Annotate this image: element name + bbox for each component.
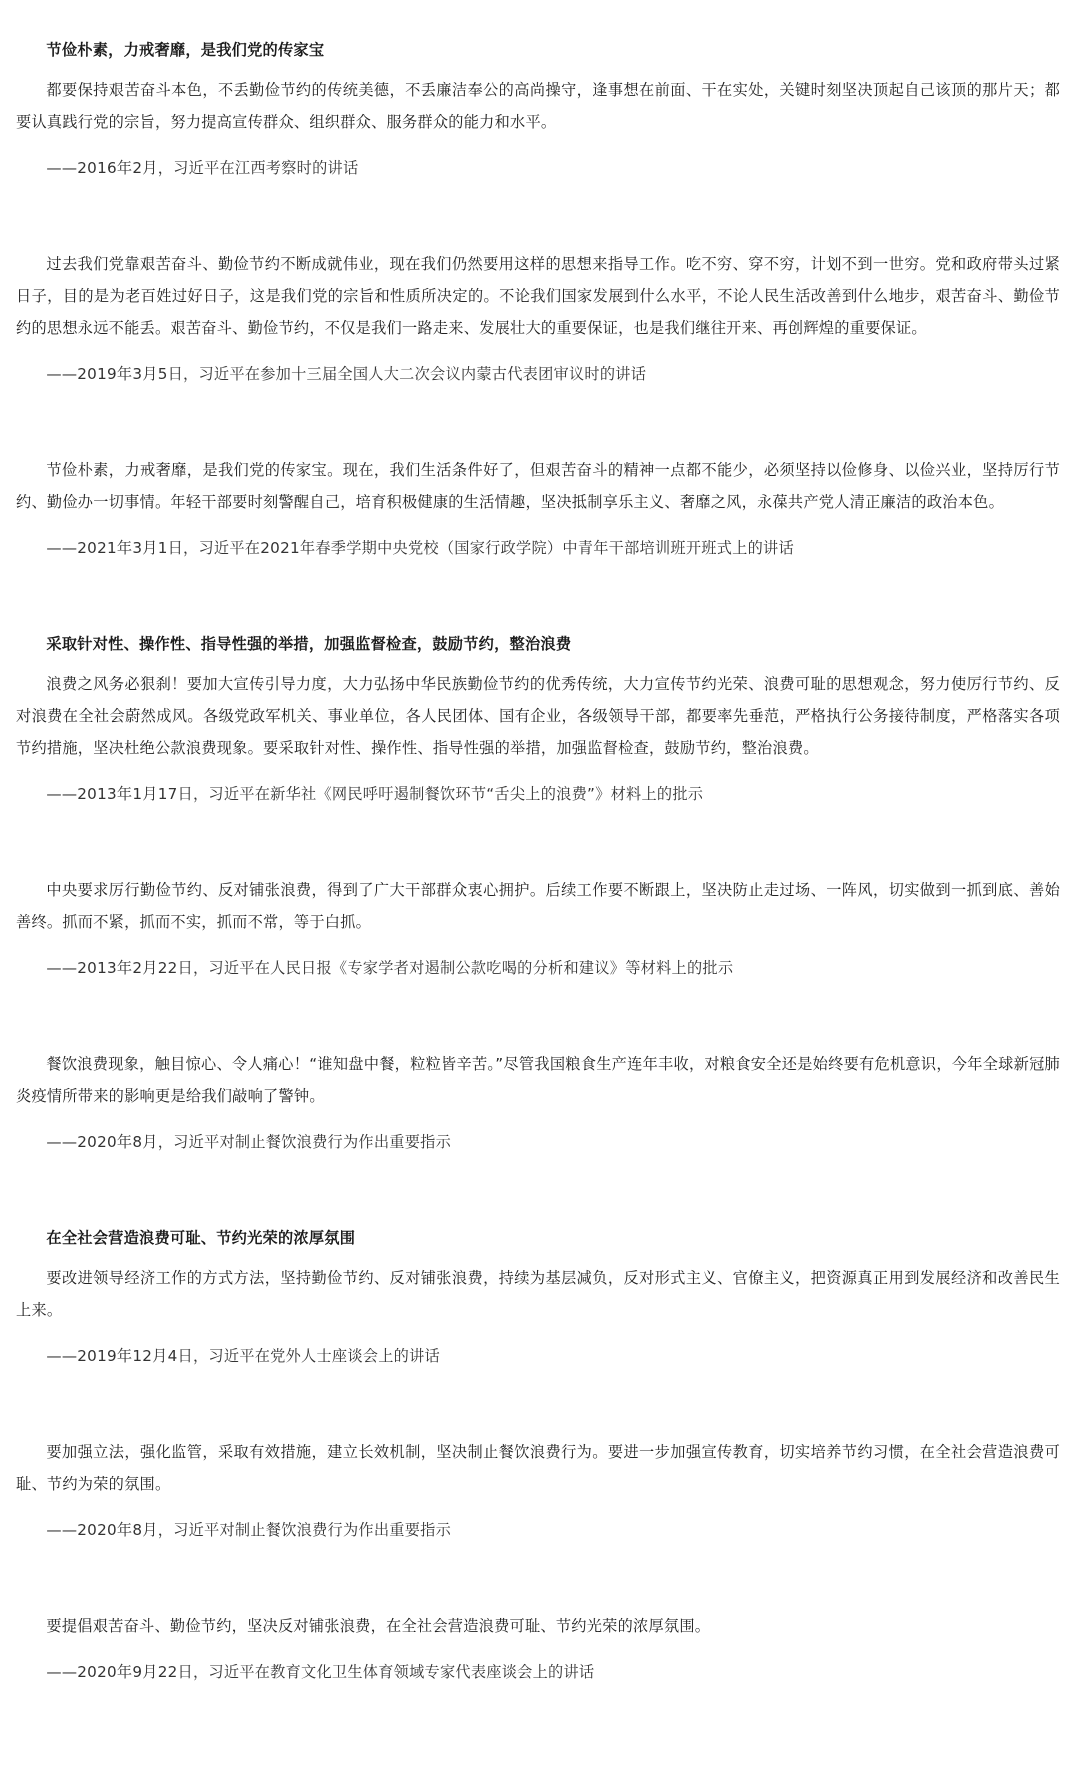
spacer	[16, 564, 1060, 628]
spacer	[16, 390, 1060, 454]
quote-source: ——2020年8月，习近平对制止餐饮浪费行为作出重要指示	[16, 1514, 1060, 1546]
quote-source: ——2020年9月22日，习近平在教育文化卫生体育领域专家代表座谈会上的讲话	[16, 1656, 1060, 1688]
spacer	[16, 1546, 1060, 1610]
quote-text: 中央要求厉行勤俭节约、反对铺张浪费，得到了广大干部群众衷心拥护。后续工作要不断跟…	[16, 874, 1060, 938]
quote-text: 要提倡艰苦奋斗、勤俭节约，坚决反对铺张浪费，在全社会营造浪费可耻、节约光荣的浓厚…	[16, 1610, 1060, 1642]
spacer	[16, 984, 1060, 1048]
spacer	[16, 184, 1060, 248]
spacer	[16, 810, 1060, 874]
quote-text: 过去我们党靠艰苦奋斗、勤俭节约不断成就伟业，现在我们仍然要用这样的思想来指导工作…	[16, 248, 1060, 344]
quote-text: 要改进领导经济工作的方式方法，坚持勤俭节约、反对铺张浪费，持续为基层减负，反对形…	[16, 1262, 1060, 1326]
section-heading: 在全社会营造浪费可耻、节约光荣的浓厚氛围	[16, 1222, 1060, 1254]
quote-source: ——2019年3月5日，习近平在参加十三届全国人大二次会议内蒙古代表团审议时的讲…	[16, 358, 1060, 390]
quote-text: 要加强立法，强化监管，采取有效措施，建立长效机制，坚决制止餐饮浪费行为。要进一步…	[16, 1436, 1060, 1500]
quote-text: 都要保持艰苦奋斗本色，不丢勤俭节约的传统美德，不丢廉洁奉公的高尚操守，逢事想在前…	[16, 74, 1060, 138]
quote-text: 节俭朴素，力戒奢靡，是我们党的传家宝。现在，我们生活条件好了，但艰苦奋斗的精神一…	[16, 454, 1060, 518]
quote-source: ——2013年2月22日，习近平在人民日报《专家学者对遏制公款吃喝的分析和建议》…	[16, 952, 1060, 984]
quote-text: 浪费之风务必狠刹！要加大宣传引导力度，大力弘扬中华民族勤俭节约的优秀传统，大力宣…	[16, 668, 1060, 764]
section-2: 采取针对性、操作性、指导性强的举措，加强监督检查，鼓励节约，整治浪费 浪费之风务…	[16, 628, 1060, 1222]
section-3: 在全社会营造浪费可耻、节约光荣的浓厚氛围 要改进领导经济工作的方式方法，坚持勤俭…	[16, 1222, 1060, 1688]
section-1: 节俭朴素，力戒奢靡，是我们党的传家宝 都要保持艰苦奋斗本色，不丢勤俭节约的传统美…	[16, 34, 1060, 628]
quote-source: ——2020年8月，习近平对制止餐饮浪费行为作出重要指示	[16, 1126, 1060, 1158]
quote-text: 餐饮浪费现象，触目惊心、令人痛心！“谁知盘中餐，粒粒皆辛苦。”尽管我国粮食生产连…	[16, 1048, 1060, 1112]
spacer	[16, 1158, 1060, 1222]
spacer	[16, 1372, 1060, 1436]
quote-source: ——2021年3月1日，习近平在2021年春季学期中央党校（国家行政学院）中青年…	[16, 532, 1060, 564]
quote-source: ——2019年12月4日，习近平在党外人士座谈会上的讲话	[16, 1340, 1060, 1372]
section-heading: 采取针对性、操作性、指导性强的举措，加强监督检查，鼓励节约，整治浪费	[16, 628, 1060, 660]
quote-source: ——2013年1月17日，习近平在新华社《网民呼吁遏制餐饮环节“舌尖上的浪费”》…	[16, 778, 1060, 810]
article-body: 节俭朴素，力戒奢靡，是我们党的传家宝 都要保持艰苦奋斗本色，不丢勤俭节约的传统美…	[0, 0, 1076, 1688]
section-heading: 节俭朴素，力戒奢靡，是我们党的传家宝	[16, 34, 1060, 66]
quote-source: ——2016年2月，习近平在江西考察时的讲话	[16, 152, 1060, 184]
